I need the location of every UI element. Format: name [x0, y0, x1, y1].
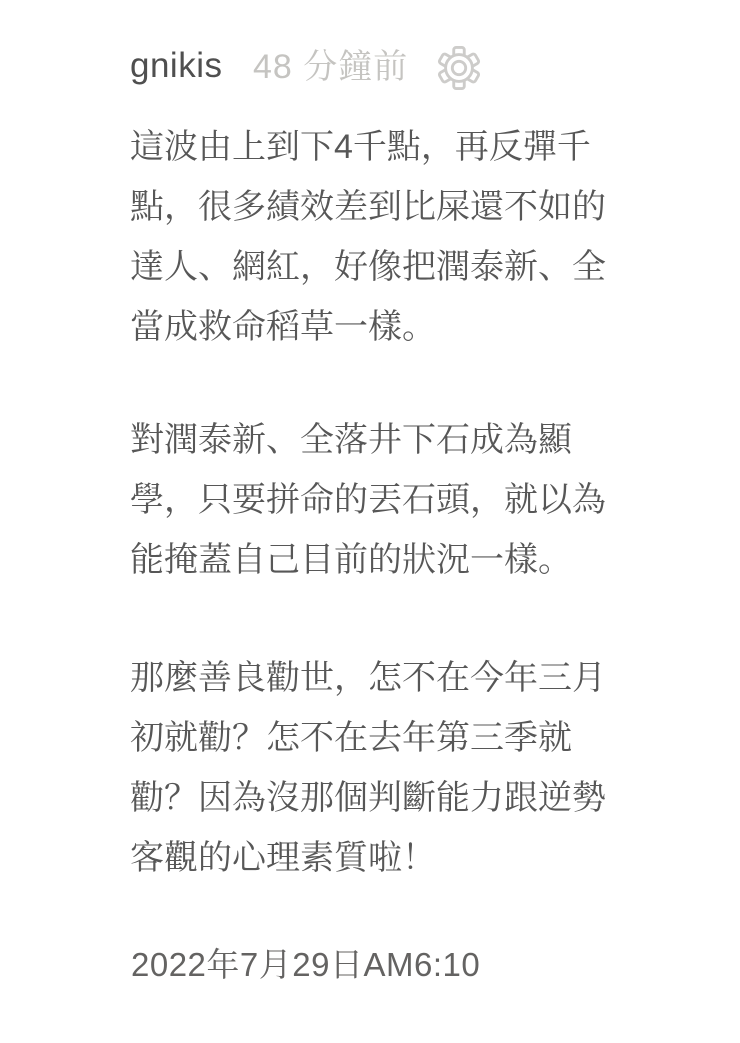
comment-date: 2022年7月29日AM6:10 — [131, 941, 480, 989]
gear-icon-shape — [439, 47, 480, 88]
gear-icon[interactable] — [436, 45, 482, 91]
timestamp: 48 分鐘前 — [253, 44, 408, 90]
comment-card: gnikis 48 分鐘前 這波由上到下4千點，再反彈千 點，很多績效差到比屎還… — [0, 0, 740, 1043]
comment-paragraph-3: 那麼善良勸世，怎不在今年三月 初就勸？怎不在去年第三季就 勸？因為沒那個判斷能力… — [130, 648, 630, 888]
avatar[interactable] — [10, 33, 113, 136]
comment-paragraph-1: 這波由上到下4千點，再反彈千 點，很多績效差到比屎還不如的 達人、網紅，好像把潤… — [130, 117, 630, 357]
username[interactable]: gnikis — [130, 43, 222, 89]
comment-paragraph-2: 對潤泰新、全落井下石成為顯 學，只要拼命的丟石頭，就以為 能掩蓋自己目前的狀況一… — [130, 410, 630, 590]
